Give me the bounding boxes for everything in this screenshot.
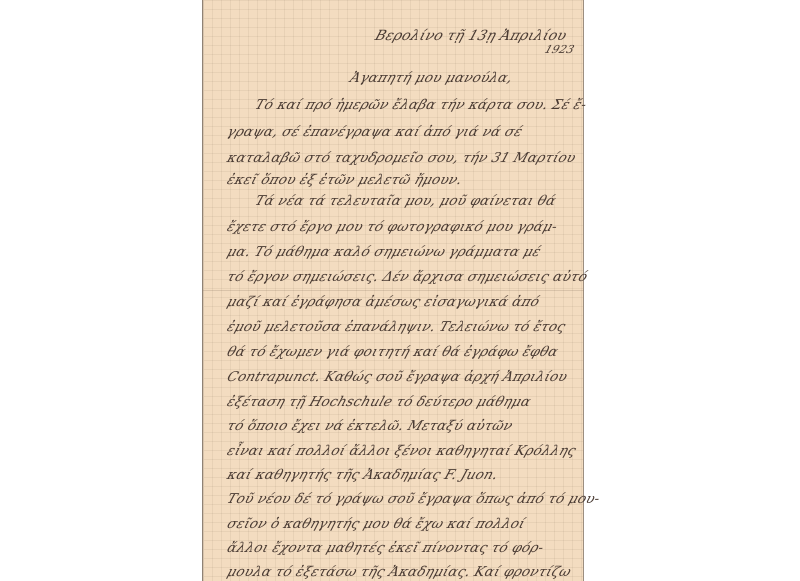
letter-line: σεῖον ὁ καθηγητής μου θά ἔχω καί πολλοί [225, 516, 577, 532]
letter-line: ἐκεῖ ὅπου ἐξ ἑτῶν μελετῶ ἤμουν. [225, 172, 577, 188]
letter-line: Τό καί πρό ἡμερῶν ἔλαβα τήν κάρτα σου. Σ… [253, 97, 577, 113]
letter-line: ἐμοῦ μελετοῦσα ἐπανάληψιν. Τελειώνω τό ἔ… [225, 319, 577, 335]
letter-line: μα. Τό μάθημα καλό σημειώνω γράμματα μέ [225, 244, 577, 260]
letter-line: ἔχετε στό ἔργο μου τό φωτογραφικό μου γρ… [225, 219, 577, 235]
letter-line: Contrapunct. Καθώς σοῦ ἔγραψα ἀρχή Ἀπριλ… [225, 369, 577, 385]
letter-line: τό ἔργον σημειώσεις. Δέν ἄρχισα σημειώσε… [225, 269, 577, 285]
letter-line: καταλαβῶ στό ταχυδρομεῖο σου, τήν 31 Μαρ… [225, 150, 577, 166]
letter-line: μουλα τό ἐξετάσω τῆς Ἀκαδημίας. Καί φρον… [225, 564, 577, 580]
letter-line: καί καθηγητής τῆς Ἀκαδημίας F. Juon. [225, 467, 577, 483]
letter-greeting: Ἀγαπητή μου μανούλα, [348, 70, 577, 86]
letter-line: θά τό ἔχωμεν γιά φοιτητή καί θά ἐγράφω ἔ… [225, 344, 577, 360]
letter-line: τό ὅποιο ἔχει νά ἐκτελῶ. Μεταξύ αὐτῶν [225, 418, 577, 434]
date-line: Βερολίνο τῇ 13ῃ Ἀπριλίου [373, 28, 577, 44]
year-text: 1923 [543, 43, 576, 56]
letter-line: ἐξέταση τῇ Hochschule τό δεύτερο μάθημα [225, 394, 577, 410]
letter-line: μαζί καί ἐγράφησα ἀμέσως εἰσαγωγικά ἀπό [225, 294, 577, 310]
letter-line: γραψα, σέ ἐπανέγραψα καί ἀπό γιά νά σέ [225, 124, 577, 140]
letter-line: Τοῦ νέου δέ τό γράψω σοῦ ἔγραψα ὅπως ἀπό… [225, 491, 577, 507]
letter-page: Βερολίνο τῇ 13ῃ Ἀπριλίου 1923 Ἀγαπητή μο… [202, 0, 584, 581]
letter-line: ἄλλοι ἔχοντα μαθητές ἐκεῖ πίνοντας τό φό… [225, 540, 577, 556]
paper-fold-line [203, 290, 584, 291]
letter-line: Τά νέα τά τελευταῖα μου, μοῦ φαίνεται θά [253, 193, 577, 209]
letter-line: εἶναι καί πολλοί ἄλλοι ξένοι καθηγηταί Κ… [225, 443, 577, 459]
